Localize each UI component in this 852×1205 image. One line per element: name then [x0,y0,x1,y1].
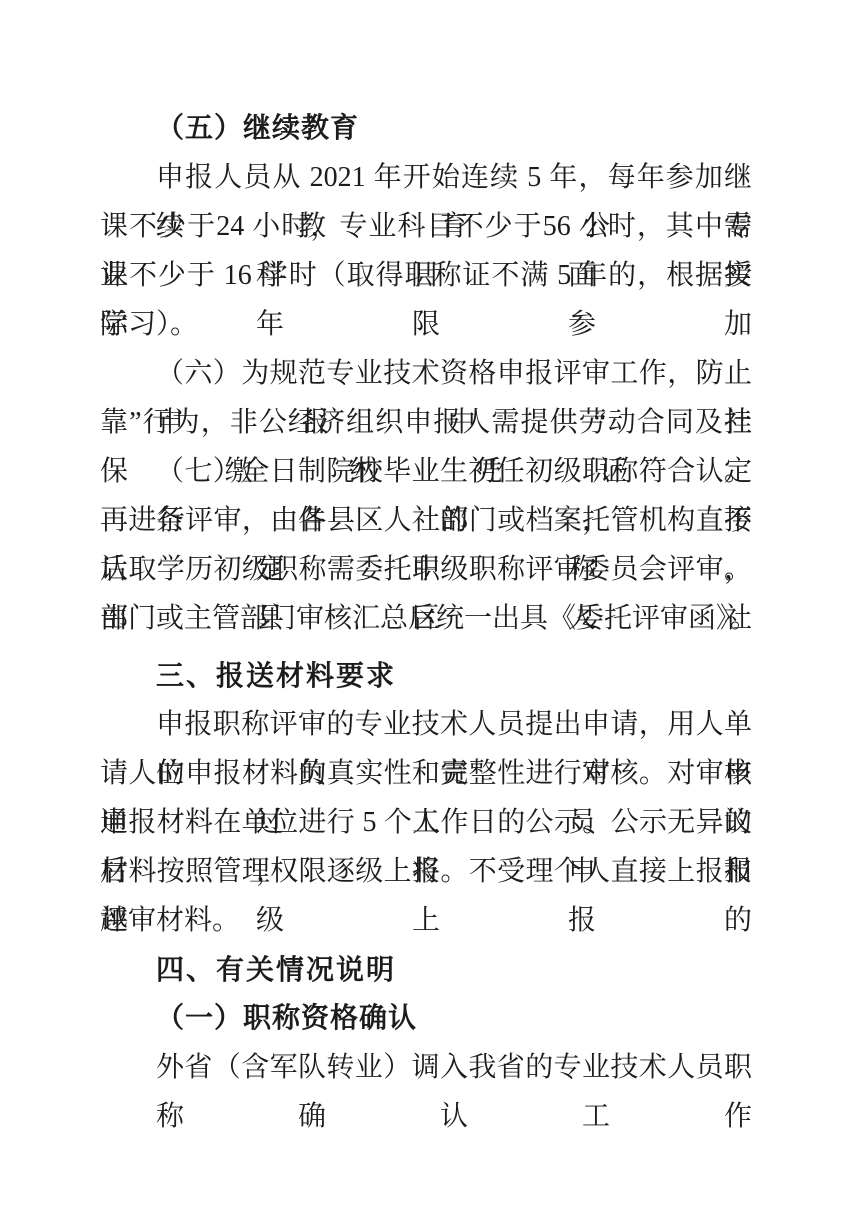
body-text-line: 再进行评审，由各县区人社部门或档案托管机构直接认定职称。 [100,496,752,545]
document-page: （五）继续教育申报人员从 2021 年开始连续 5 年，每年参加继续教育公需课不… [0,0,852,1205]
body-text-line: 申报职称评审的专业技术人员提出申请，用人单位负责对申 [100,700,752,749]
section-heading: （一）职称资格确认 [100,994,752,1043]
body-text-line: 申报材料在单位进行 5 个工作日的公示。公示无异议后，将申报 [100,798,752,847]
body-text-line: 靠”行为，非公经济组织申报人需提供劳动合同及社保缴纳凭证。 [100,398,752,447]
body-text-line: 材料按照管理权限逐级上报。不受理个人直接上报和越级上报的 [100,847,752,896]
body-text-line: 课不少于 16 学时（取得职称证不满 5 年的，根据实际年限参加 [100,251,752,300]
section-heading: （五）继续教育 [100,104,752,153]
body-text-line: 部门或主管部门审核汇总后统一出具《委托评审函》。 [100,594,752,643]
body-text-line: 请人的申报材料的真实性和完整性进行审核。对审核通过人员的 [100,749,752,798]
document-body: （五）继续教育申报人员从 2021 年开始连续 5 年，每年参加继续教育公需课不… [100,104,752,1092]
body-text-line: （六）为规范专业技术资格申报评审工作，防止申报中“挂 [100,349,752,398]
section-heading: 四、有关情况说明 [100,945,752,994]
section-heading: 三、报送材料要求 [100,651,752,700]
body-text-line: 申报人员从 2021 年开始连续 5 年，每年参加继续教育公需 [100,153,752,202]
body-text-line: （七）全日制院校毕业生初任初级职称符合认定条件的，不 [100,447,752,496]
body-text-line: 课不少于24 小时，专业科目不少于56 小时，其中专业科目面授 [100,202,752,251]
body-text-line: 后取学历初级职称需委托中级职称评审委员会评审，由县区人社 [100,545,752,594]
body-text-line: 外省（含军队转业）调入我省的专业技术人员职称确认工作 [100,1043,752,1092]
